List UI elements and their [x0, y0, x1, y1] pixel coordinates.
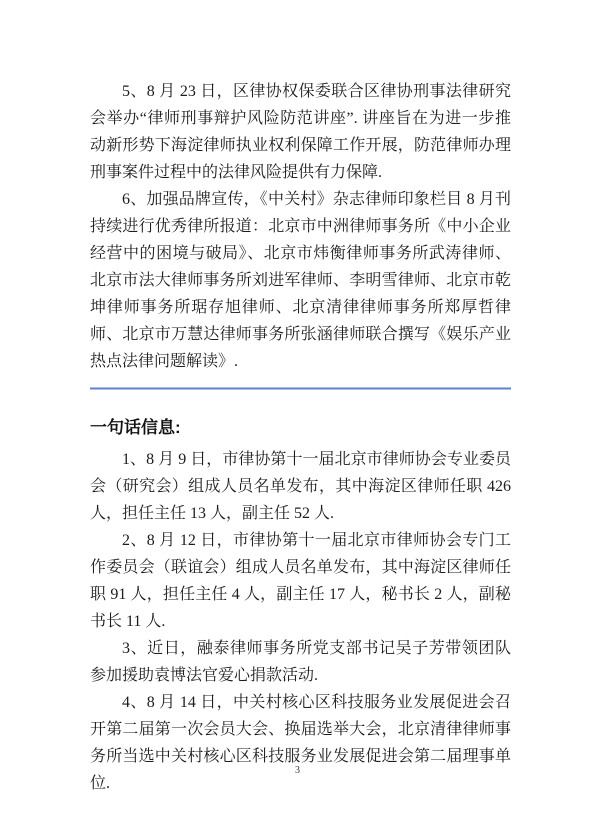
news-item-5: 5、8 月 23 日，区律协权保委联合区律协刑事法律研究会举办“律师刑事辩护风险…	[90, 78, 511, 186]
brief-item-3: 3、近日，融泰律师事务所党支部书记吴子芳带领团队参加援助袁博法官爱心捐款活动.	[90, 635, 511, 689]
brief-item-1: 1、8 月 9 日，市律协第十一届北京市律师协会专业委员会（研究会）组成人员名单…	[90, 446, 511, 527]
section-divider	[90, 387, 511, 390]
news-item-6: 6、加强品牌宣传，《中关村》杂志律师印象栏目 8 月刊持续进行优秀律所报道：北京…	[90, 186, 511, 375]
section-heading: 一句话信息:	[90, 416, 511, 440]
page-number: 3	[0, 765, 595, 776]
document-page: 5、8 月 23 日，区律协权保委联合区律协刑事法律研究会举办“律师刑事辩护风险…	[0, 0, 595, 840]
brief-item-2: 2、8 月 12 日，市律协第十一届北京市律师协会专门工作委员会（联谊会）组成人…	[90, 527, 511, 635]
page-content: 5、8 月 23 日，区律协权保委联合区律协刑事法律研究会举办“律师刑事辩护风险…	[90, 78, 511, 797]
brief-item-4: 4、8 月 14 日，中关村核心区科技服务业发展促进会召开第二届第一次会员大会、…	[90, 689, 511, 797]
